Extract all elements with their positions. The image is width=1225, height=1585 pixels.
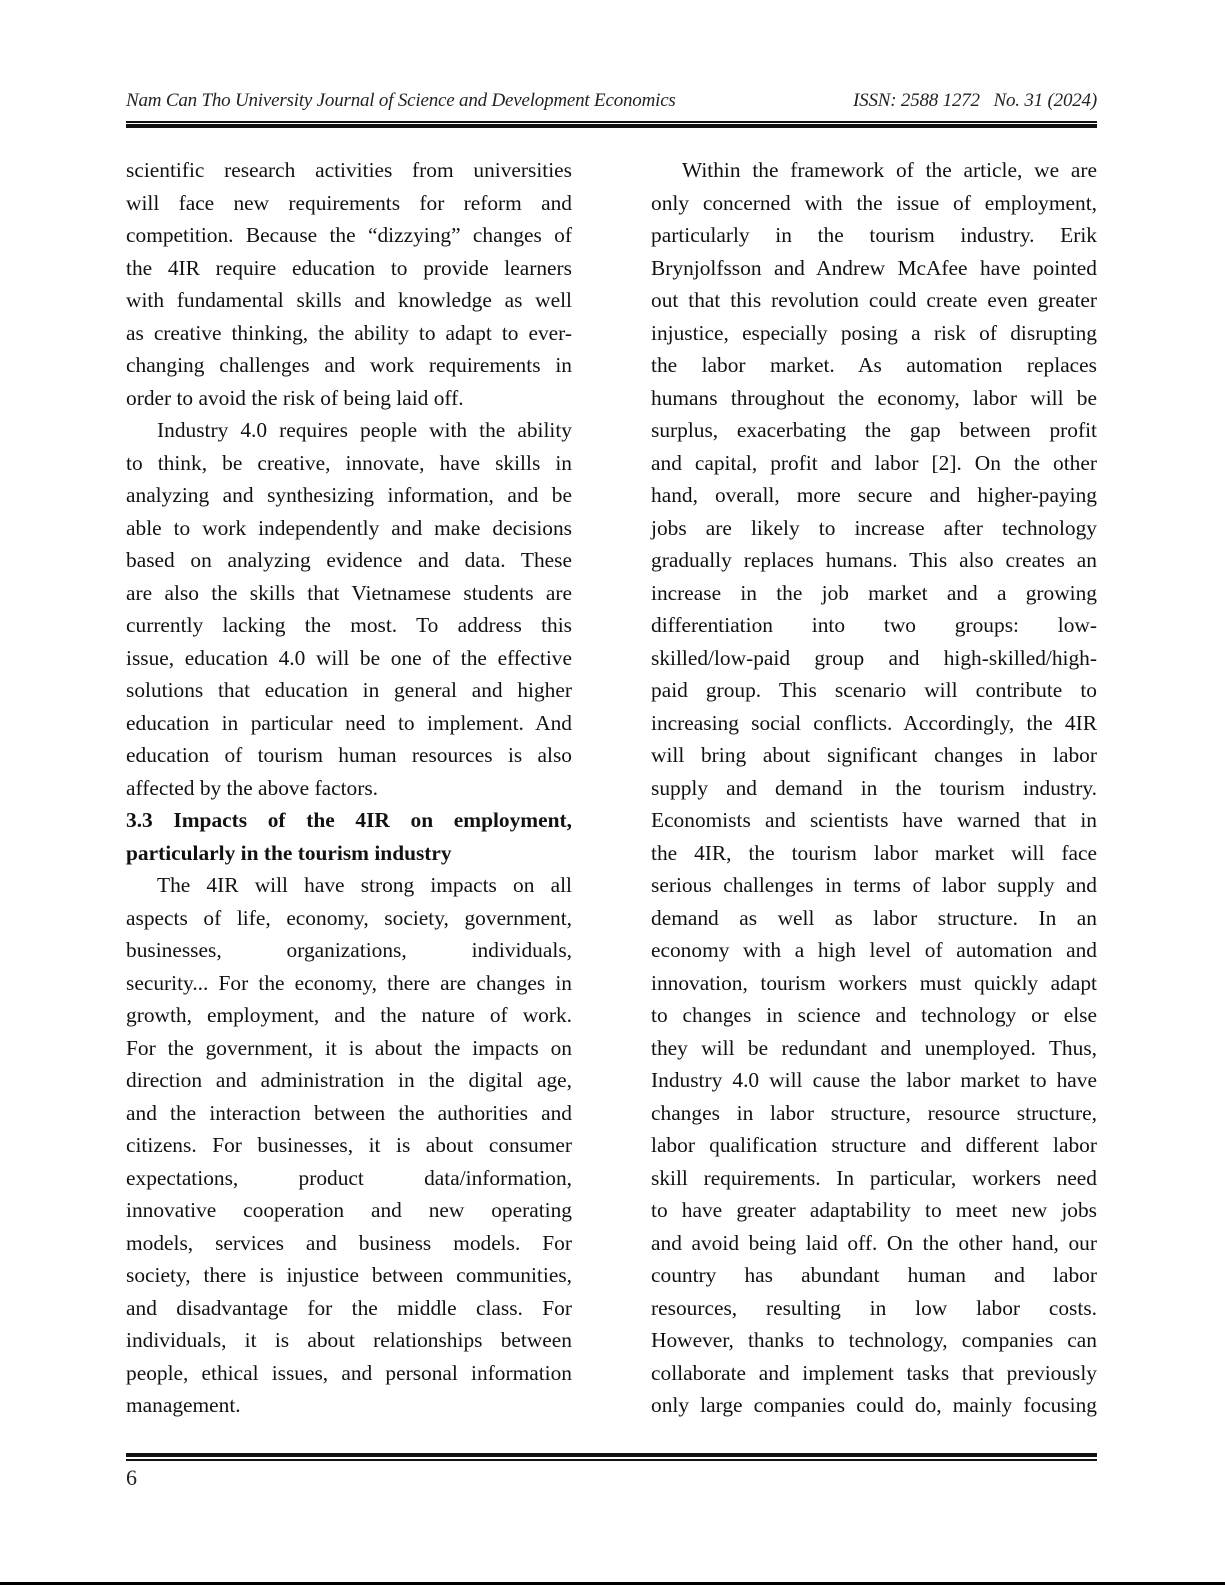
text-line: increasing social conflicts. Accordingly… xyxy=(651,707,1097,740)
text-line: supply and demand in the tourism industr… xyxy=(651,772,1097,805)
text-line: management. xyxy=(126,1389,572,1422)
left-paragraph-1: scientific research activities from univ… xyxy=(126,154,572,414)
text-line: order to avoid the risk of being laid of… xyxy=(126,382,572,415)
text-line: only large companies could do, mainly fo… xyxy=(651,1389,1097,1422)
text-line: individuals, it is about relationships b… xyxy=(126,1324,572,1357)
text-line: as creative thinking, the ability to ada… xyxy=(126,317,572,350)
text-line: jobs are likely to increase after techno… xyxy=(651,512,1097,545)
text-line: humans throughout the economy, labor wil… xyxy=(651,382,1097,415)
text-line: aspects of life, economy, society, gover… xyxy=(126,902,572,935)
text-line: currently lacking the most. To address t… xyxy=(126,609,572,642)
text-line: 3.3 Impacts of the 4IR on employment, xyxy=(126,804,572,837)
page-number: 6 xyxy=(126,1465,137,1491)
left-paragraph-2: Industry 4.0 requires people with the ab… xyxy=(126,414,572,804)
text-line: labor qualification structure and differ… xyxy=(651,1129,1097,1162)
text-line: For the government, it is about the impa… xyxy=(126,1032,572,1065)
footer-rule-thin xyxy=(126,1459,1097,1461)
header-rule-thin xyxy=(126,121,1097,123)
text-line: will face new requirements for reform an… xyxy=(126,187,572,220)
text-line: economy with a high level of automation … xyxy=(651,934,1097,967)
text-line: innovation, tourism workers must quickly… xyxy=(651,967,1097,1000)
text-line: education in particular need to implemen… xyxy=(126,707,572,740)
left-paragraph-3: The 4IR will have strong impacts on alla… xyxy=(126,869,572,1422)
text-line: and capital, profit and labor [2]. On th… xyxy=(651,447,1097,480)
text-line: based on analyzing evidence and data. Th… xyxy=(126,544,572,577)
text-line: security... For the economy, there are c… xyxy=(126,967,572,1000)
header-rule-thick xyxy=(126,124,1097,128)
text-line: particularly in the tourism industry xyxy=(126,837,572,870)
text-line: and avoid being laid off. On the other h… xyxy=(651,1227,1097,1260)
text-line: to have greater adaptability to meet new… xyxy=(651,1194,1097,1227)
text-line: Industry 4.0 requires people with the ab… xyxy=(126,414,572,447)
text-line: gradually replaces humans. This also cre… xyxy=(651,544,1097,577)
text-line: affected by the above factors. xyxy=(126,772,572,805)
text-line: Brynjolfsson and Andrew McAfee have poin… xyxy=(651,252,1097,285)
text-line: skilled/low-paid group and high-skilled/… xyxy=(651,642,1097,675)
text-line: Within the framework of the article, we … xyxy=(651,154,1097,187)
section-heading-3-3: 3.3 Impacts of the 4IR on employment,par… xyxy=(126,804,572,869)
text-line: changing challenges and work requirement… xyxy=(126,349,572,382)
text-line: they will be redundant and unemployed. T… xyxy=(651,1032,1097,1065)
text-line: with fundamental skills and knowledge as… xyxy=(126,284,572,317)
text-line: paid group. This scenario will contribut… xyxy=(651,674,1097,707)
text-line: people, ethical issues, and personal inf… xyxy=(126,1357,572,1390)
text-line: increase in the job market and a growing xyxy=(651,577,1097,610)
text-line: able to work independently and make deci… xyxy=(126,512,572,545)
text-line: and the interaction between the authorit… xyxy=(126,1097,572,1130)
text-line: only concerned with the issue of employm… xyxy=(651,187,1097,220)
text-line: differentiation into two groups: low- xyxy=(651,609,1097,642)
text-line: country has abundant human and labor xyxy=(651,1259,1097,1292)
text-line: resources, resulting in low labor costs. xyxy=(651,1292,1097,1325)
running-header: Nam Can Tho University Journal of Scienc… xyxy=(126,90,1097,116)
text-line: injustice, especially posing a risk of d… xyxy=(651,317,1097,350)
text-line: skill requirements. In particular, worke… xyxy=(651,1162,1097,1195)
text-line: citizens. For businesses, it is about co… xyxy=(126,1129,572,1162)
journal-title: Nam Can Tho University Journal of Scienc… xyxy=(126,90,676,112)
text-line: Industry 4.0 will cause the labor market… xyxy=(651,1064,1097,1097)
text-line: models, services and business models. Fo… xyxy=(126,1227,572,1260)
text-line: to think, be creative, innovate, have sk… xyxy=(126,447,572,480)
text-line: are also the skills that Vietnamese stud… xyxy=(126,577,572,610)
left-column: scientific research activities from univ… xyxy=(126,154,572,1422)
right-paragraph-1: Within the framework of the article, we … xyxy=(651,154,1097,1422)
text-line: innovative cooperation and new operating xyxy=(126,1194,572,1227)
text-line: the labor market. As automation replaces xyxy=(651,349,1097,382)
text-line: will bring about significant changes in … xyxy=(651,739,1097,772)
text-line: issue, education 4.0 will be one of the … xyxy=(126,642,572,675)
text-line: education of tourism human resources is … xyxy=(126,739,572,772)
text-line: scientific research activities from univ… xyxy=(126,154,572,187)
text-line: and disadvantage for the middle class. F… xyxy=(126,1292,572,1325)
text-line: Economists and scientists have warned th… xyxy=(651,804,1097,837)
text-line: surplus, exacerbating the gap between pr… xyxy=(651,414,1097,447)
footer-rule-thick xyxy=(126,1453,1097,1457)
text-line: society, there is injustice between comm… xyxy=(126,1259,572,1292)
text-line: competition. Because the “dizzying” chan… xyxy=(126,219,572,252)
text-line: direction and administration in the digi… xyxy=(126,1064,572,1097)
text-line: particularly in the tourism industry. Er… xyxy=(651,219,1097,252)
text-line: expectations, product data/information, xyxy=(126,1162,572,1195)
right-column: Within the framework of the article, we … xyxy=(651,154,1097,1422)
text-line: solutions that education in general and … xyxy=(126,674,572,707)
text-line: growth, employment, and the nature of wo… xyxy=(126,999,572,1032)
text-line: collaborate and implement tasks that pre… xyxy=(651,1357,1097,1390)
text-line: out that this revolution could create ev… xyxy=(651,284,1097,317)
text-line: the 4IR require education to provide lea… xyxy=(126,252,572,285)
text-line: businesses, organizations, individuals, xyxy=(126,934,572,967)
text-line: However, thanks to technology, companies… xyxy=(651,1324,1097,1357)
text-line: to changes in science and technology or … xyxy=(651,999,1097,1032)
text-line: the 4IR, the tourism labor market will f… xyxy=(651,837,1097,870)
text-line: changes in labor structure, resource str… xyxy=(651,1097,1097,1130)
text-line: The 4IR will have strong impacts on all xyxy=(126,869,572,902)
issn-issue: ISSN: 2588 1272 No. 31 (2024) xyxy=(853,90,1097,112)
text-line: hand, overall, more secure and higher-pa… xyxy=(651,479,1097,512)
text-line: demand as well as labor structure. In an xyxy=(651,902,1097,935)
text-line: serious challenges in terms of labor sup… xyxy=(651,869,1097,902)
text-line: analyzing and synthesizing information, … xyxy=(126,479,572,512)
